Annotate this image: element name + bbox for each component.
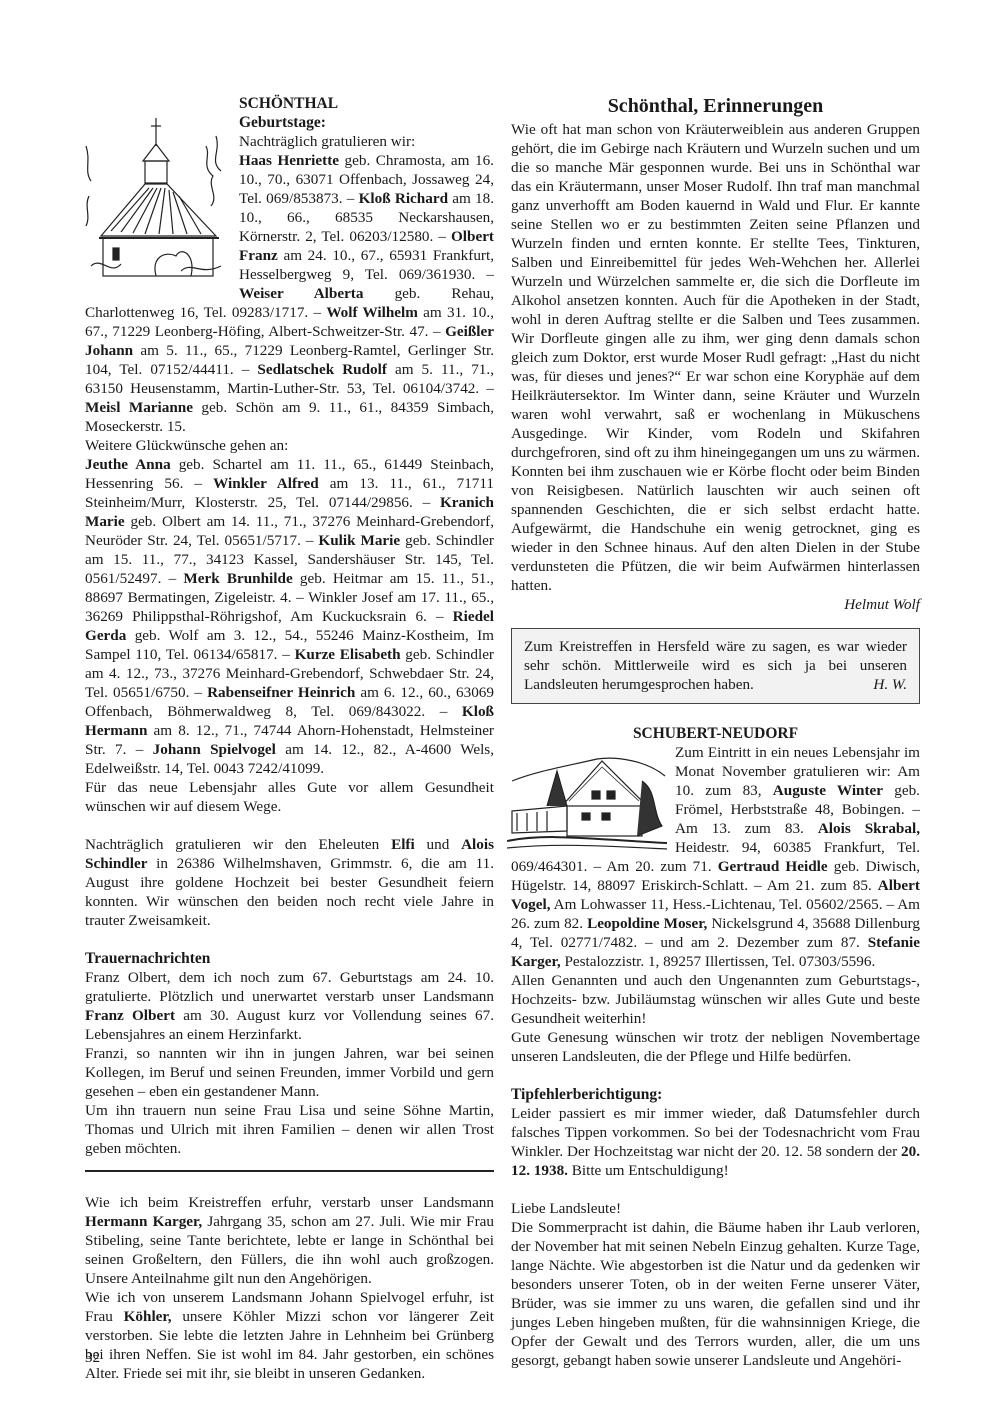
memories-signature-line: Helmut Wolf (511, 595, 920, 614)
box-author: H. W. (873, 675, 907, 694)
schubert-wishes: Allen Genannten und auch den Ungenannten… (511, 971, 920, 1028)
wedding-announcement: Nachträglich gratulieren wir den Eheleut… (85, 835, 494, 930)
mourning-paragraph-2: Franzi, so nannten wir ihn in jungen Jah… (85, 1044, 494, 1101)
birthday-list-2: Jeuthe Anna geb. Schartel am 11. 11., 65… (85, 455, 494, 778)
greeting: Liebe Landsleute! (511, 1199, 920, 1218)
farmhouse-illustration (507, 751, 667, 856)
further-wishes-intro: Weitere Glückwünsche gehen an: (85, 436, 494, 455)
closing-text: Die Sommerpracht ist dahin, die Bäume ha… (511, 1218, 920, 1370)
section-title-schubert-neudorf: SCHUBERT-NEUDORF (511, 724, 920, 743)
mourning-heading: Trauernachrichten (85, 949, 494, 968)
box-text: Zum Kreistreffen in Hersfeld wäre zu sag… (524, 637, 907, 694)
mourning-paragraph-3: Um ihn trauern nun seine Frau Lisa und s… (85, 1101, 494, 1158)
farmhouse-drawing-icon (507, 751, 667, 851)
memories-title: Schönthal, Erinnerungen (511, 94, 920, 118)
kreistreffen-note-box: Zum Kreistreffen in Hersfeld wäre zu sag… (511, 628, 920, 704)
right-column: Schönthal, Erinnerungen Wie oft hat man … (511, 94, 920, 1370)
page-number: 32 (85, 1350, 100, 1367)
typo-correction-heading: Tipfehlerberichtigung: (511, 1085, 920, 1104)
memories-text: Wie oft hat man schon von Kräuterweiblei… (511, 120, 920, 595)
chapel-drawing-icon (81, 106, 231, 281)
schubert-recovery: Gute Genesung wünschen wir trotz der neb… (511, 1028, 920, 1066)
chapel-illustration (81, 106, 231, 286)
section-divider (85, 1170, 494, 1172)
karger-obituary: Wie ich beim Kreistreffen erfuhr, versta… (85, 1193, 494, 1288)
mourning-paragraph-1: Franz Olbert, dem ich noch zum 67. Gebur… (85, 968, 494, 1044)
typo-correction-text: Leider passiert es mir immer wieder, daß… (511, 1104, 920, 1180)
memories-author: Helmut Wolf (844, 595, 920, 614)
left-column: SCHÖNTHAL Geburtstage: Nachträglich grat… (85, 94, 494, 1383)
koehler-obituary: Wie ich von unserem Landsmann Johann Spi… (85, 1288, 494, 1383)
birthday-wishes: Für das neue Lebensjahr alles Gute vor a… (85, 778, 494, 816)
